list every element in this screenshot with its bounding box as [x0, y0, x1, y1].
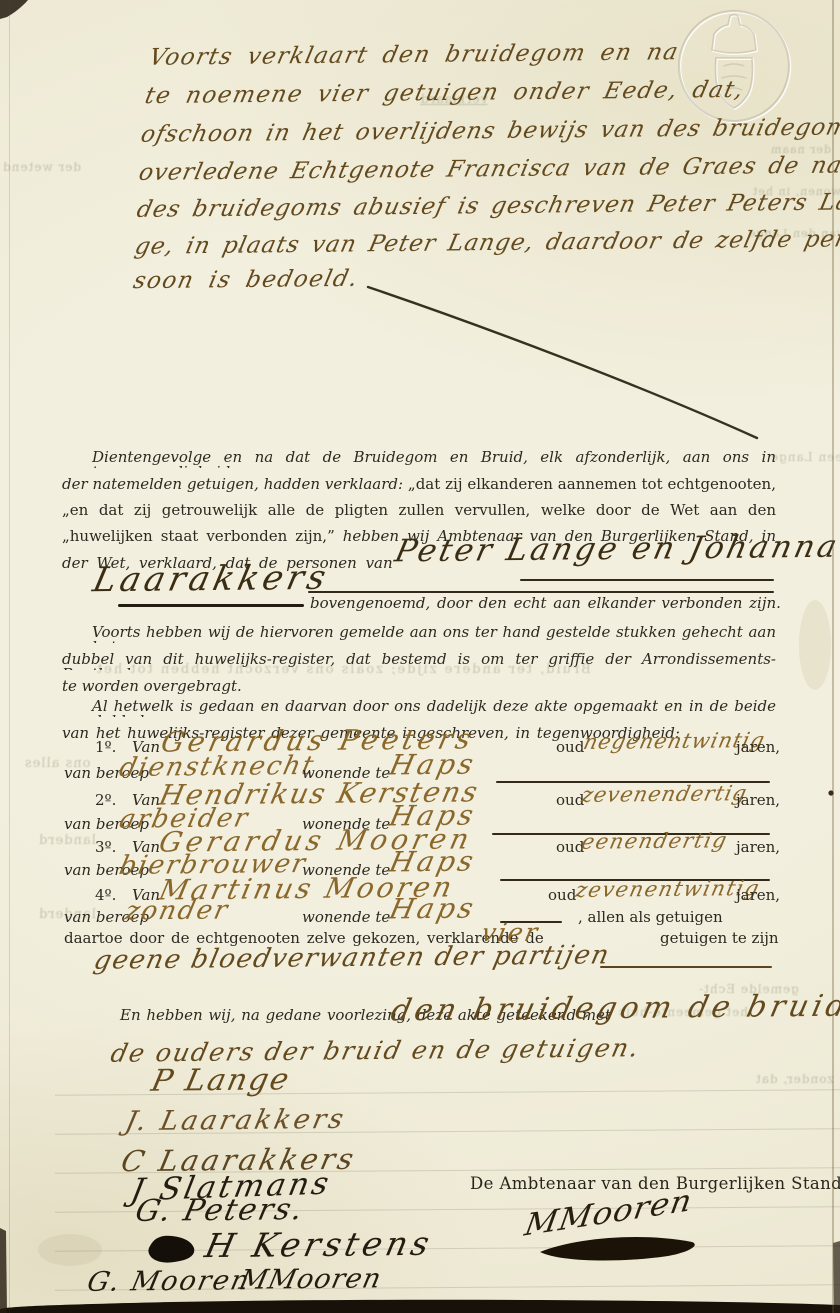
printed-line: getuigen te zijn: [660, 931, 779, 946]
witness-number: 2º.: [95, 793, 116, 808]
signature-witness: H Kerstens: [202, 1227, 436, 1262]
marginal-note-line: ge, in plaats van Peter Lange, daardoor …: [133, 228, 840, 258]
top-left-corner-mark: [0, 0, 28, 19]
printed-line: dubbel van dit huwelijks-register, dat b…: [62, 652, 776, 670]
signature-witness: G. Peters.: [132, 1195, 307, 1227]
left-page-crease: [9, 0, 10, 1313]
registrar-signature: MMooren: [522, 1186, 694, 1242]
signature-witness: G. Mooren: [85, 1267, 254, 1296]
printed-line: Dientengevolge en na dat de Bruidegom en…: [62, 450, 776, 468]
fill-line: [118, 604, 304, 607]
marginal-note-line: te noemene vier getuigen onder Eede, dat…: [143, 79, 747, 108]
signature-witness: MMooren: [237, 1265, 384, 1293]
signed-with-handwritten-2: de ouders der bruid en de getuigen.: [109, 1035, 643, 1066]
diagonal-stroke-line: [368, 287, 757, 438]
witness-number: 3º.: [95, 840, 116, 855]
fill-line: [520, 579, 774, 581]
marginal-note-line: overledene Echtgenote Francisca van de G…: [137, 154, 840, 185]
printed-segment: „huwelijken staat verbonden zijn,”: [62, 529, 343, 545]
ghost-text: der wetend: [2, 160, 81, 174]
no-blood-relation-handwritten: geene bloedverwanten der partijen: [92, 942, 613, 973]
printed-segment: „dat zij elkanderen aannemen tot echtgen…: [408, 477, 776, 493]
signature-bride: J. Laarakkers: [123, 1106, 349, 1135]
witness-wonende-label: wonende te: [302, 910, 390, 925]
witness-oud-label: oud: [548, 888, 576, 903]
allen-als-getuigen-label: , allen als getuigen: [578, 910, 723, 925]
printed-segment: der natemelden getuigen, hadden verklaar…: [62, 477, 408, 493]
witness-jaren-label: jaren,: [736, 793, 780, 808]
witness-occupation-handwritten: zonder: [123, 897, 232, 924]
groom-bride-names-handwritten: Peter Lange en Johanna: [392, 532, 840, 568]
signature-groom: P Lange: [149, 1065, 294, 1096]
fill-line: [600, 966, 772, 968]
fill-line: [308, 591, 774, 593]
bottom-left-edge: [0, 1228, 7, 1313]
witness-number: 4º.: [95, 888, 116, 903]
ghost-text: een Lange: [770, 450, 840, 464]
witness-jaren-label: jaren,: [736, 840, 780, 855]
printed-line: Al hetwelk is gedaan en daarvan door ons…: [62, 699, 776, 717]
witness-number: 1º.: [95, 740, 116, 755]
witness-age-handwritten: zevenendertig: [579, 783, 749, 806]
printed-line: „en dat zij getrouwelijk alle de pligten…: [62, 503, 776, 521]
registrar-signature-flourish: [540, 1237, 695, 1260]
marginal-note-line: ofschoon in het overlijdens bewijs van d…: [139, 116, 840, 147]
bottom-right-edge: [833, 1241, 840, 1313]
ghost-text: zonder, dat: [755, 1072, 834, 1086]
marginal-note-line: des bruidegoms abusief is geschreven Pet…: [135, 191, 840, 222]
printed-line: bovengenoemd, door den echt aan elkander…: [310, 596, 781, 611]
witness-jaren-label: jaren,: [736, 740, 780, 755]
document-page: der wetend verklaard der naam wonen, in …: [0, 0, 840, 1313]
witness-age-handwritten: zevenentwintig: [573, 878, 762, 901]
printed-line: te worden overgebragt.: [62, 679, 242, 694]
witness-age-handwritten: eenendertig: [580, 830, 730, 853]
marginal-note-line: Voorts verklaart den bruidegom en na: [147, 41, 681, 70]
ink-speck: [828, 790, 833, 795]
witness-oud-label: oud: [556, 740, 584, 755]
marginal-note-line: soon is bedoeld.: [131, 268, 361, 293]
bride-surname-handwritten: Laarakkers: [90, 561, 333, 597]
paper-stain: [799, 600, 831, 690]
bottom-edge-strip: [0, 1300, 840, 1313]
ghost-text: landerd: [38, 833, 96, 848]
printed-line: Voorts hebben wij de hiervoren gemelde a…: [62, 625, 776, 643]
signed-with-handwritten-1: den bruidegom de bruid: [388, 992, 840, 1027]
witness-residence-handwritten: Haps: [387, 895, 479, 924]
witness-jaren-label: jaren,: [736, 888, 780, 903]
printed-line: der natemelden getuigen, hadden verklaar…: [62, 477, 776, 495]
ruled-line: [55, 1245, 840, 1251]
